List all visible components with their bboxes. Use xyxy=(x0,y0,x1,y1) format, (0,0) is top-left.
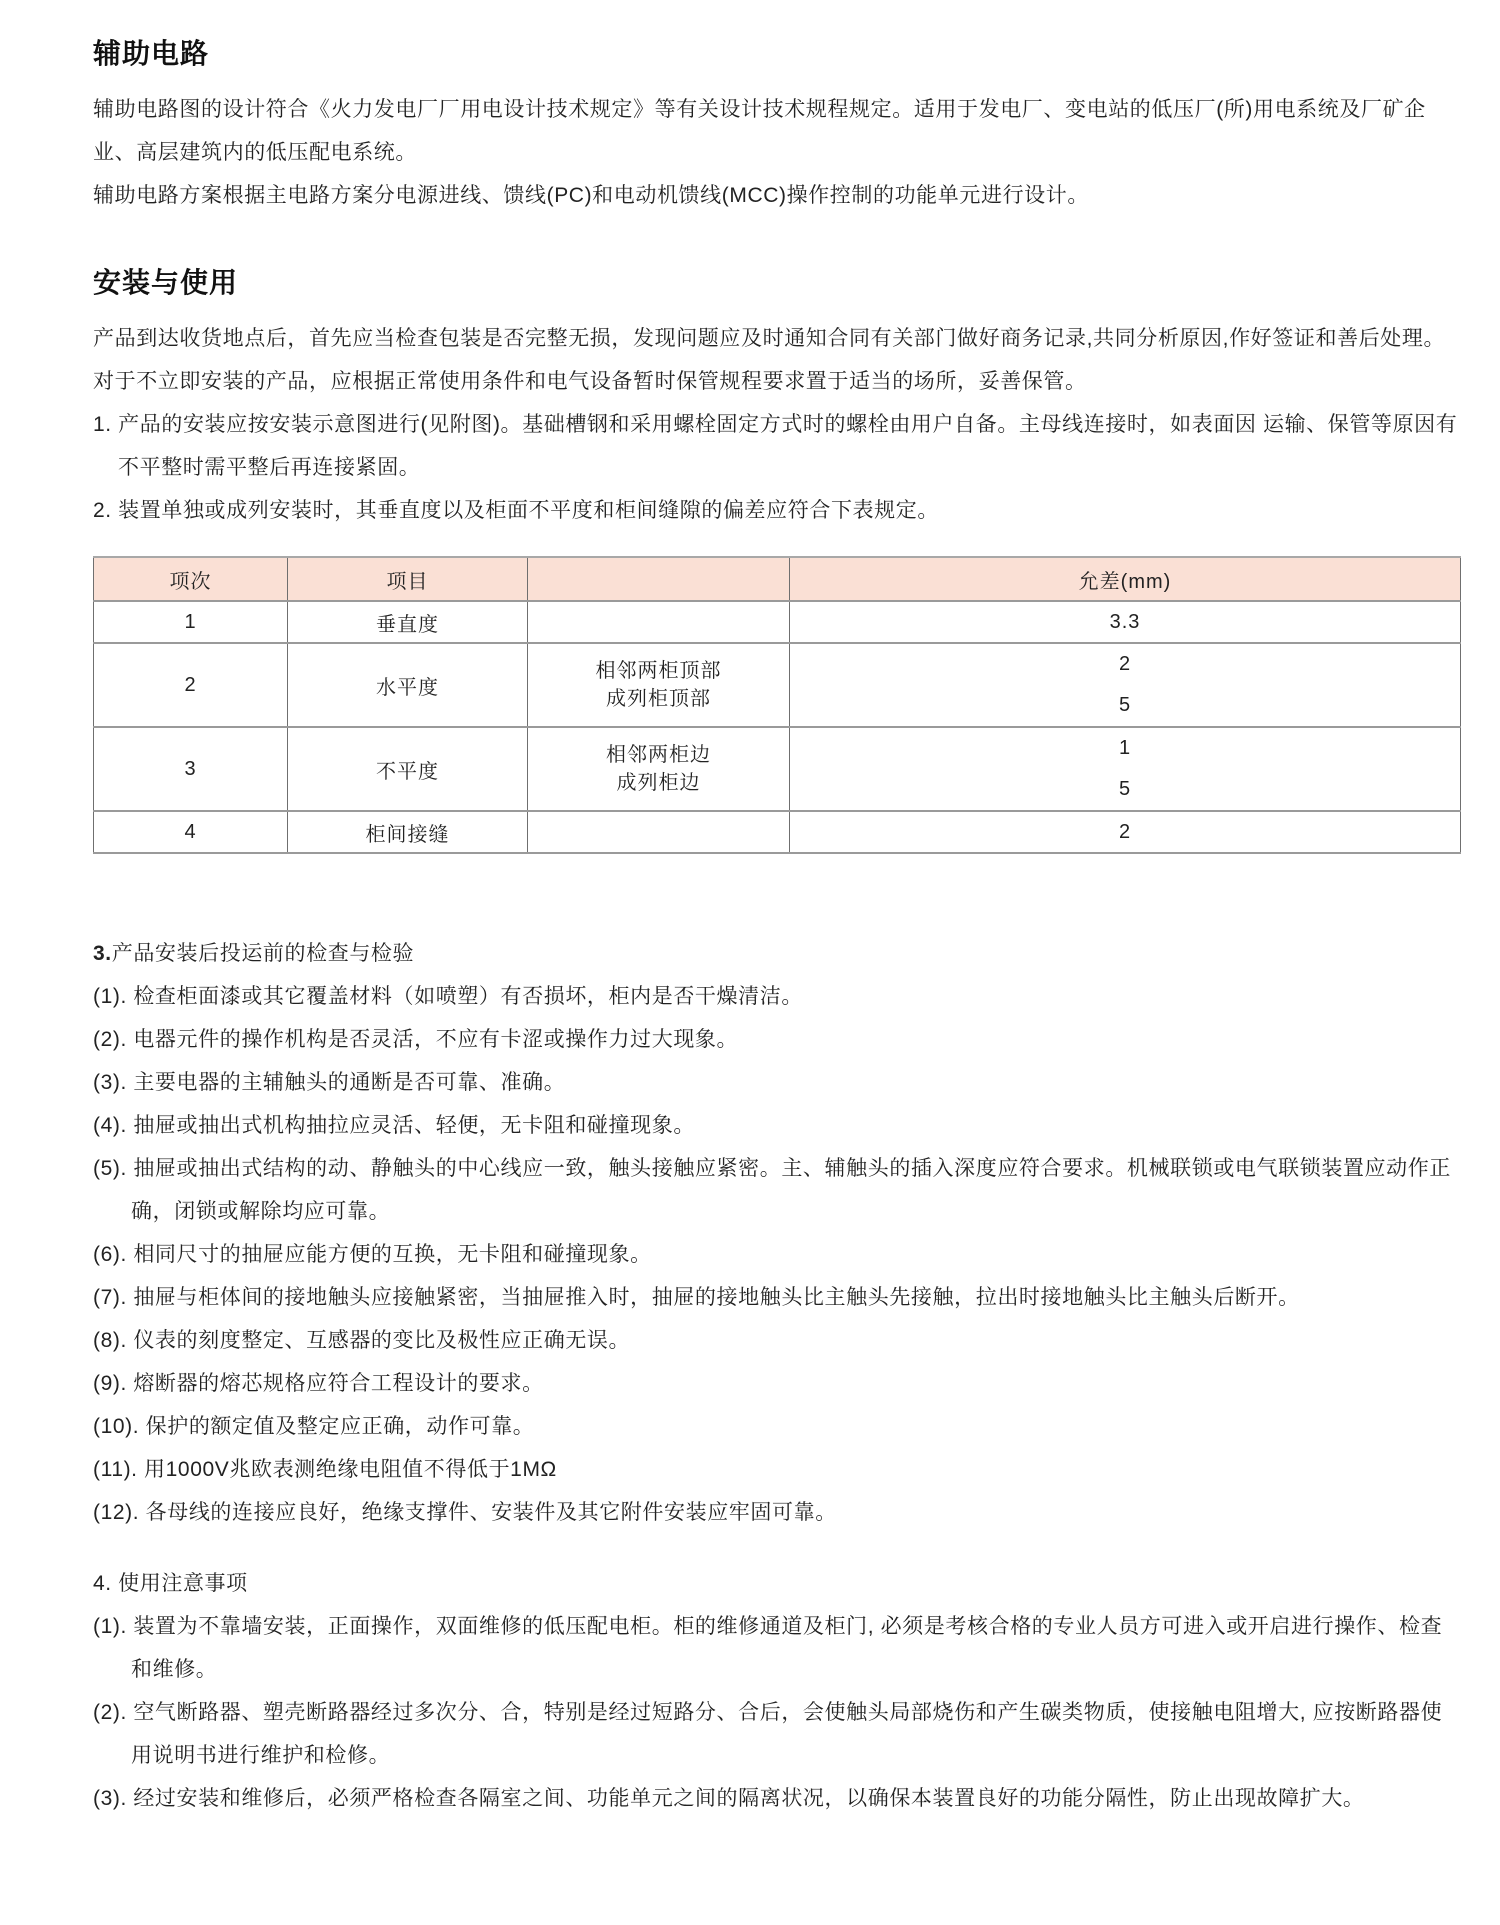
check-item-5: (5). 抽屉或抽出式结构的动、静触头的中心线应一致，触头接触应紧密。主、辅触头… xyxy=(93,1147,1461,1233)
table-row: 3不平度相邻两柜边成列柜边15 xyxy=(94,727,1461,811)
auxiliary-paragraph-2: 辅助电路方案根据主电路方案分电源进线、馈线(PC)和电动机馈线(MCC)操作控制… xyxy=(93,174,1461,217)
check-item-6: (6). 相同尺寸的抽屉应能方便的互换，无卡阻和碰撞现象。 xyxy=(93,1233,1461,1276)
check-list: (1). 检查柜面漆或其它覆盖材料（如喷塑）有否损坏，柜内是否干燥清洁。(2).… xyxy=(93,975,1461,1534)
usage-section-heading: 4. 使用注意事项 xyxy=(93,1562,1461,1605)
check-section-number: 3. xyxy=(93,942,112,965)
check-section-heading: 3.产品安装后投运前的检查与检验 xyxy=(93,932,1461,975)
check-item-12: (12). 各母线的连接应良好，绝缘支撑件、安装件及其它附件安装应牢固可靠。 xyxy=(93,1491,1461,1534)
check-section-title: 产品安装后投运前的检查与检验 xyxy=(112,942,414,965)
cell-detail: 相邻两柜顶部成列柜顶部 xyxy=(528,643,790,727)
cell-item: 不平度 xyxy=(288,727,528,811)
cell-index: 2 xyxy=(94,643,288,727)
cell-tolerance: 25 xyxy=(790,643,1461,727)
cell-item: 柜间接缝 xyxy=(288,811,528,853)
cell-detail xyxy=(528,811,790,853)
cell-index: 3 xyxy=(94,727,288,811)
check-item-4: (4). 抽屉或抽出式机构抽拉应灵活、轻便，无卡阻和碰撞现象。 xyxy=(93,1104,1461,1147)
col-header-tolerance: 允差(mm) xyxy=(790,557,1461,601)
check-item-2: (2). 电器元件的操作机构是否灵活，不应有卡涩或操作力过大现象。 xyxy=(93,1018,1461,1061)
col-header-index: 项次 xyxy=(94,557,288,601)
table-header-row: 项次 项目 允差(mm) xyxy=(94,557,1461,601)
tolerance-table-body: 1垂直度3.32水平度相邻两柜顶部成列柜顶部253不平度相邻两柜边成列柜边154… xyxy=(94,601,1461,853)
cell-index: 4 xyxy=(94,811,288,853)
check-item-1: (1). 检查柜面漆或其它覆盖材料（如喷塑）有否损坏，柜内是否干燥清洁。 xyxy=(93,975,1461,1018)
usage-item-1: (1). 装置为不靠墙安装，正面操作，双面维修的低压配电柜。柜的维修通道及柜门,… xyxy=(93,1605,1461,1691)
cell-detail: 相邻两柜边成列柜边 xyxy=(528,727,790,811)
col-header-item: 项目 xyxy=(288,557,528,601)
check-item-3: (3). 主要电器的主辅触头的通断是否可靠、准确。 xyxy=(93,1061,1461,1104)
cell-tolerance: 15 xyxy=(790,727,1461,811)
check-item-9: (9). 熔断器的熔芯规格应符合工程设计的要求。 xyxy=(93,1362,1461,1405)
cell-item: 垂直度 xyxy=(288,601,528,643)
col-header-detail xyxy=(528,557,790,601)
auxiliary-paragraph-1: 辅助电路图的设计符合《火力发电厂厂用电设计技术规定》等有关设计技术规程规定。适用… xyxy=(93,88,1461,174)
install-step-1: 1. 产品的安装应按安装示意图进行(见附图)。基础槽钢和采用螺栓固定方式时的螺栓… xyxy=(93,403,1461,489)
section-title-auxiliary-circuit: 辅助电路 xyxy=(93,34,1461,74)
check-item-7: (7). 抽屉与柜体间的接地触头应接触紧密，当抽屉推入时，抽屉的接地触头比主触头… xyxy=(93,1276,1461,1319)
check-item-10: (10). 保护的额定值及整定应正确，动作可靠。 xyxy=(93,1405,1461,1448)
tolerance-table-header: 项次 项目 允差(mm) xyxy=(94,557,1461,601)
table-row: 2水平度相邻两柜顶部成列柜顶部25 xyxy=(94,643,1461,727)
document-page: 辅助电路 辅助电路图的设计符合《火力发电厂厂用电设计技术规定》等有关设计技术规程… xyxy=(0,0,1500,1925)
check-item-11: (11). 用1000V兆欧表测绝缘电阻值不得低于1MΩ xyxy=(93,1448,1461,1491)
table-row: 4柜间接缝2 xyxy=(94,811,1461,853)
check-item-8: (8). 仪表的刻度整定、互感器的变比及极性应正确无误。 xyxy=(93,1319,1461,1362)
cell-item: 水平度 xyxy=(288,643,528,727)
cell-detail xyxy=(528,601,790,643)
table-row: 1垂直度3.3 xyxy=(94,601,1461,643)
install-step-2: 2. 装置单独或成列安装时，其垂直度以及柜面不平度和柜间缝隙的偏差应符合下表规定… xyxy=(93,489,1461,532)
usage-list: (1). 装置为不靠墙安装，正面操作，双面维修的低压配电柜。柜的维修通道及柜门,… xyxy=(93,1605,1461,1820)
tolerance-table: 项次 项目 允差(mm) 1垂直度3.32水平度相邻两柜顶部成列柜顶部253不平… xyxy=(93,556,1461,854)
install-intro-paragraph: 产品到达收货地点后，首先应当检查包装是否完整无损，发现问题应及时通知合同有关部门… xyxy=(93,317,1461,403)
document-content: 辅助电路 辅助电路图的设计符合《火力发电厂厂用电设计技术规定》等有关设计技术规程… xyxy=(93,34,1461,1820)
section-title-install-use: 安装与使用 xyxy=(93,263,1461,303)
cell-tolerance: 3.3 xyxy=(790,601,1461,643)
usage-item-3: (3). 经过安装和维修后，必须严格检查各隔室之间、功能单元之间的隔离状况，以确… xyxy=(93,1777,1461,1820)
usage-item-2: (2). 空气断路器、塑壳断路器经过多次分、合，特别是经过短路分、合后，会使触头… xyxy=(93,1691,1461,1777)
cell-index: 1 xyxy=(94,601,288,643)
cell-tolerance: 2 xyxy=(790,811,1461,853)
